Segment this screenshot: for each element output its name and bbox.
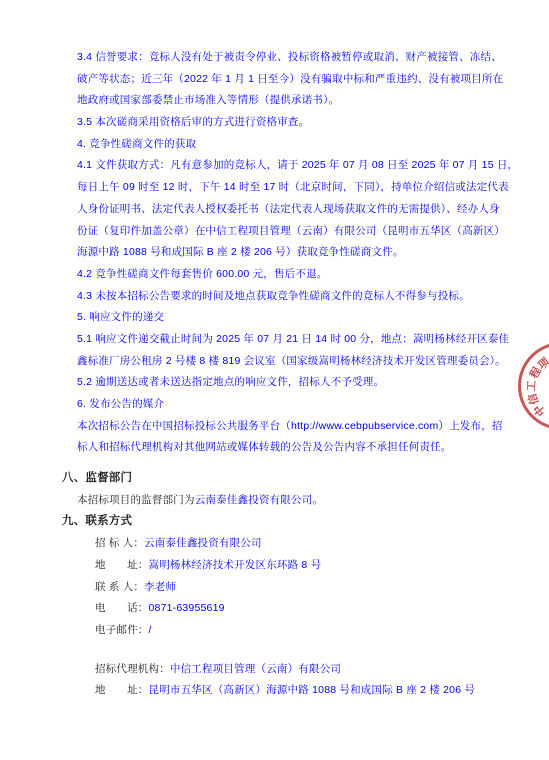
text-fragment: 云南泰佳鑫投资有限公司	[195, 494, 313, 506]
document-line: 本次招标公告在中国招标投标公共服务平台（http://www.cebpubser…	[77, 416, 549, 438]
telephone-row: 电 话：0871-63955619	[95, 598, 549, 620]
supervision-department-line: 本招标项目的监督部门为云南泰佳鑫投资有限公司。	[77, 490, 549, 512]
document-page: 3.4 信誉要求：竞标人没有处于被责令停业、投标资格被暂停或取消、财产被接管、冻…	[0, 0, 549, 760]
vertical-spacer	[0, 642, 549, 659]
document-line: 4.1 文件获取方式：凡有意参加的竞标人，请于 2025 年 07 月 08 日…	[77, 155, 549, 177]
document-line: 6. 发布公告的媒介	[77, 394, 549, 416]
text-fragment: 。	[312, 494, 323, 506]
field-value: /	[149, 624, 152, 636]
tenderer-name-row: 招 标 人：云南泰佳鑫投资有限公司	[95, 533, 549, 555]
field-value: 昆明市五华区（高新区）海源中路 1088 号和成国际 B 座 2 楼 206 号	[149, 684, 476, 696]
email-row: 电子邮件：/	[95, 620, 549, 642]
field-label: 招 标 人：	[95, 537, 144, 549]
field-label: 电 话：	[95, 602, 149, 614]
document-body: 3.4 信誉要求：竞标人没有处于被责令停业、投标资格被暂停或取消、财产被接管、冻…	[0, 47, 549, 702]
document-line: 4.3 未按本招标公告要求的时间及地点获取竞争性磋商文件的竞标人不得参与投标。	[77, 286, 549, 308]
field-value: 0871-63955619	[149, 602, 225, 614]
contact-person-row: 联 系 人：李老师	[95, 577, 549, 599]
document-line: 每日上午 09 时至 12 时，下午 14 时至 17 时（北京时间，下同），持…	[77, 177, 549, 199]
document-line: 人身份证明书、法定代表人授权委托书（法定代表人现场获取文件的无需提供）、经办人身	[77, 199, 549, 221]
field-label: 电子邮件：	[95, 624, 149, 636]
document-line: 地政府或国家部委禁止市场准入等情形（提供承诺书）。	[77, 90, 549, 112]
agency-address-row: 地 址：昆明市五华区（高新区）海源中路 1088 号和成国际 B 座 2 楼 2…	[95, 680, 549, 702]
document-line: 3.5 本次磋商采用资格后审的方式进行资格审查。	[77, 112, 549, 134]
document-line: 标人和招标代理机构对其他网站或媒体转载的公告及公告内容不承担任何责任。	[77, 437, 549, 459]
document-line: 3.4 信誉要求：竞标人没有处于被责令停业、投标资格被暂停或取消、财产被接管、冻…	[77, 47, 549, 69]
document-line: 5.1 响应文件递交截止时间为 2025 年 07 月 21 日 14 时 00…	[77, 329, 549, 351]
field-value: 嵩明杨林经济技术开发区东环路 8 号	[149, 559, 322, 571]
agency-name-row: 招标代理机构：中信工程项目管理（云南）有限公司	[95, 659, 549, 681]
document-line: 破产等状态；近三年（2022 年 1 月 1 日至今）没有骗取中标和严重违约、没…	[77, 69, 549, 91]
text-fragment: 本招标项目的监督部门为	[77, 494, 195, 506]
field-value: 云南泰佳鑫投资有限公司	[144, 537, 262, 549]
document-line: 海源中路 1088 号和成国际 B 座 2 楼 206 号）获取竞争性磋商文件。	[77, 242, 549, 264]
section-heading-supervision: 八、监督部门	[62, 468, 549, 490]
document-line: 鑫标准厂房公租房 2 号楼 8 楼 819 会议室（国家级嵩明杨林经济技术开发区…	[77, 351, 549, 373]
document-line: 份证（复印件加盖公章）在中信工程项目管理（云南）有限公司（昆明市五华区（高新区）	[77, 221, 549, 243]
field-label: 联 系 人：	[95, 581, 144, 593]
field-value: 李老师	[144, 581, 176, 593]
section-heading-contact: 九、联系方式	[62, 511, 549, 533]
document-line: 4. 竞争性磋商文件的获取	[77, 134, 549, 156]
document-line: 4.2 竞争性磋商文件每套售价 600.00 元，售后不退。	[77, 264, 549, 286]
field-label: 招标代理机构：	[95, 663, 170, 675]
field-label: 地 址：	[95, 684, 149, 696]
field-value: 中信工程项目管理（云南）有限公司	[170, 663, 341, 675]
document-line: 5.2 逾期送达或者未送达指定地点的响应文件，招标人不予受理。	[77, 372, 549, 394]
tenderer-address-row: 地 址：嵩明杨林经济技术开发区东环路 8 号	[95, 555, 549, 577]
document-line: 5. 响应文件的递交	[77, 307, 549, 329]
field-label: 地 址：	[95, 559, 149, 571]
